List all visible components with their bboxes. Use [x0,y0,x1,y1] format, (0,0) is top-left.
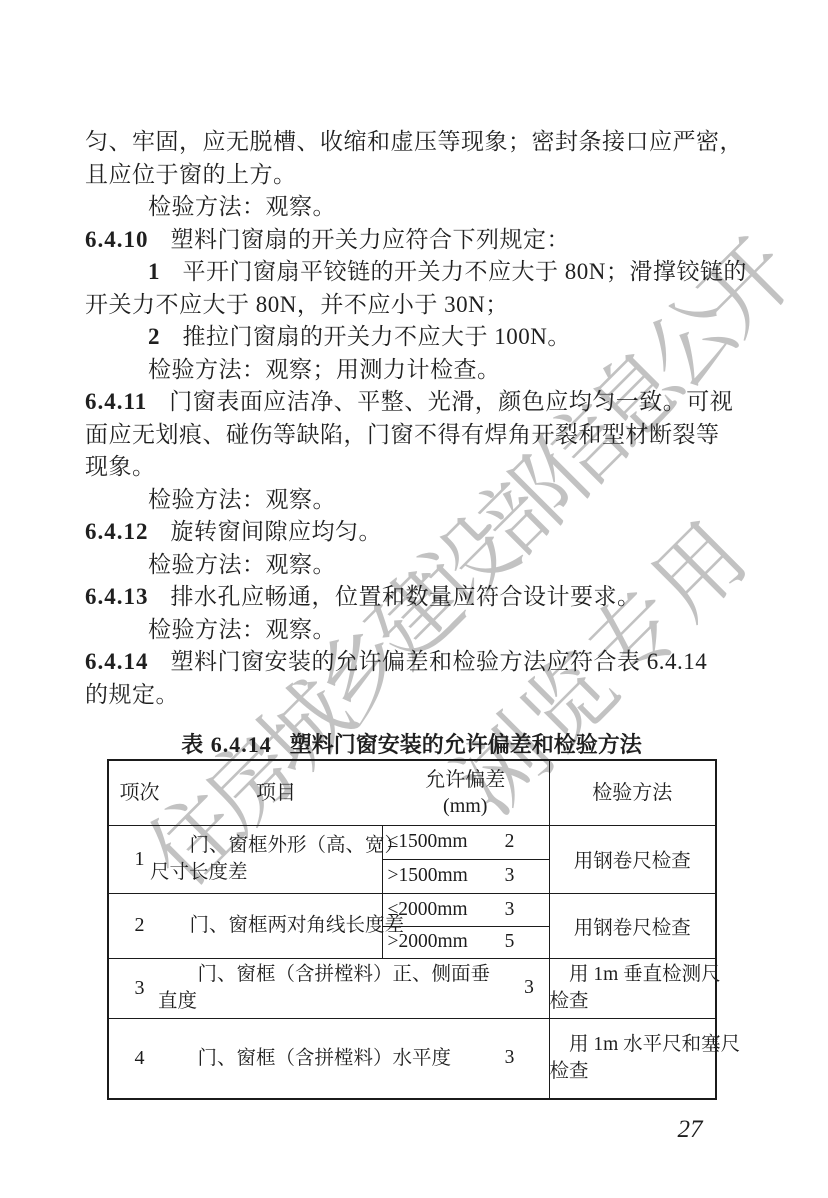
table-cell-cond-dev: >2000mm 5 [382,926,549,958]
body-line: 检验方法：观察；用测力计检查。 [85,354,747,387]
table-cell-item: 门、窗框（含拼樘料）正、侧面垂 直度 [170,961,490,1015]
table-cell-dev: 3 [471,1047,549,1069]
table-cell-method: 用 1m 垂直检测尺 检查 [549,958,716,1018]
col-header-method: 检验方法 [549,760,716,825]
table-cell-cond: ≤1500mm [388,831,468,853]
body-line: 面应无划痕、碰伤等缺陷，门窗不得有焊角开裂和型材断裂等 [85,419,747,452]
page-number: 27 [655,1116,725,1144]
body-line: 检验方法：观察。 [85,191,747,224]
table-cell-dev: 3 [471,865,549,887]
table-cell-cond: >2000mm [388,931,468,953]
table-title-text: 塑料门窗安装的允许偏差和检验方法 [290,732,642,757]
table-cell-cond-dev: ≤2000mm 3 [382,893,549,926]
body-line: 现象。 [85,451,747,484]
col-header-deviation: 允许偏差 (mm) [382,760,549,825]
table-cell-item: 门、窗框（含拼樘料）水平度 [170,1045,471,1072]
table-cell-cond-dev: ≤1500mm 2 [382,825,549,859]
table-cell-dev: 2 [471,831,549,853]
body-line: 1平开门窗扇平铰链的开关力不应大于 80N；滑撑铰链的 [85,256,747,289]
table-cell-item-dev: 门、窗框（含拼樘料）正、侧面垂 直度 3 [170,958,549,1018]
table-cell-method: 用 1m 水平尺和塞尺 检查 [549,1018,716,1099]
table-cell-cond-dev: >1500mm 3 [382,859,549,893]
body-line: 6.4.11门窗表面应洁净、平整、光滑，颜色应均匀一致。可视 [85,386,747,419]
body-line: 检验方法：观察。 [85,484,747,517]
body-line: 的规定。 [85,679,747,712]
table-cell-item: 门、窗框外形（高、宽） 尺寸长度差 [170,825,382,893]
deviation-table: 项次 项目 允许偏差 (mm) 检验方法 1 门、窗框外形（高、宽） 尺寸长度差… [107,759,717,1100]
body-line: 6.4.13排水孔应畅通，位置和数量应符合设计要求。 [85,581,747,614]
table-number-label: 表 6.4.14 [181,732,272,757]
table-cell-method: 用钢卷尺检查 [549,893,716,958]
table-cell-no: 2 [108,893,170,958]
body-text: 匀、牢固，应无脱槽、收缩和虚压等现象；密封条接口应严密， 且应位于窗的上方。 检… [85,126,747,711]
body-line: 且应位于窗的上方。 [85,159,747,192]
body-line: 开关力不应大于 80N，并不应小于 30N； [85,289,747,322]
table-cell-no: 4 [108,1018,170,1099]
table-cell-cond: ≤2000mm [388,899,468,921]
body-line: 6.4.12旋转窗间隙应均匀。 [85,516,747,549]
table-cell-method: 用钢卷尺检查 [549,825,716,893]
body-line: 6.4.14塑料门窗安装的允许偏差和检验方法应符合表 6.4.14 [85,646,747,679]
body-line: 2推拉门窗扇的开关力不应大于 100N。 [85,321,747,354]
body-line: 6.4.10塑料门窗扇的开关力应符合下列规定： [85,224,747,257]
body-line: 检验方法：观察。 [85,614,747,647]
table-cell-cond: >1500mm [388,865,468,887]
document-page: 住房城乡建设部信息公开 浏览专用 匀、牢固，应无脱槽、收缩和虚压等现象；密封条接… [0,0,828,1198]
table-cell-dev: 3 [471,899,549,921]
table-title: 表 6.4.14塑料门窗安装的允许偏差和检验方法 [107,730,716,760]
body-line: 检验方法：观察。 [85,549,747,582]
col-header-item: 项目 [170,760,382,825]
body-line: 匀、牢固，应无脱槽、收缩和虚压等现象；密封条接口应严密， [85,126,747,159]
table-cell-dev: 5 [471,931,549,953]
col-header-no: 项次 [108,760,170,825]
table-cell-item: 门、窗框两对角线长度差 [170,893,382,958]
table-cell-item-dev: 门、窗框（含拼樘料）水平度 3 [170,1018,549,1099]
